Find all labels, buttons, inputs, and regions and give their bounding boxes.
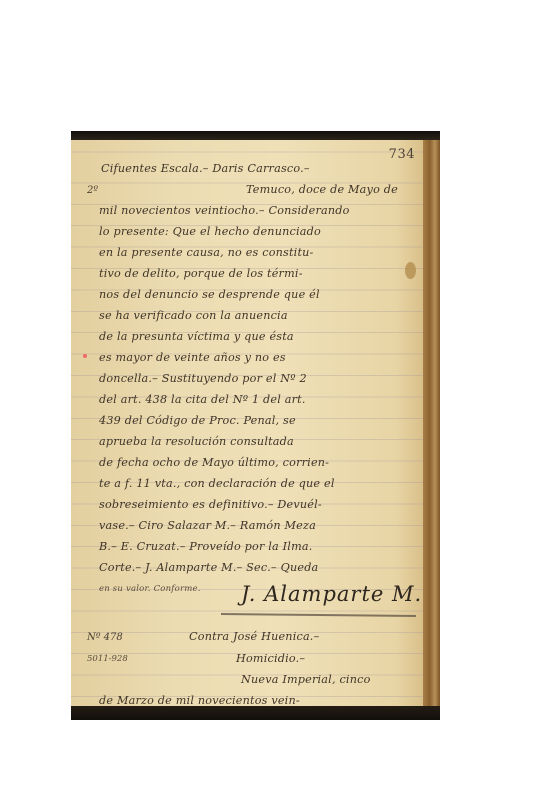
book-bottom-shadow (71, 706, 440, 720)
book-page-edge (423, 140, 440, 706)
ledger-page-overlay-lower: tiocho.– Visto: no resultando comple- (71, 140, 423, 706)
book-top-shadow (71, 131, 440, 140)
